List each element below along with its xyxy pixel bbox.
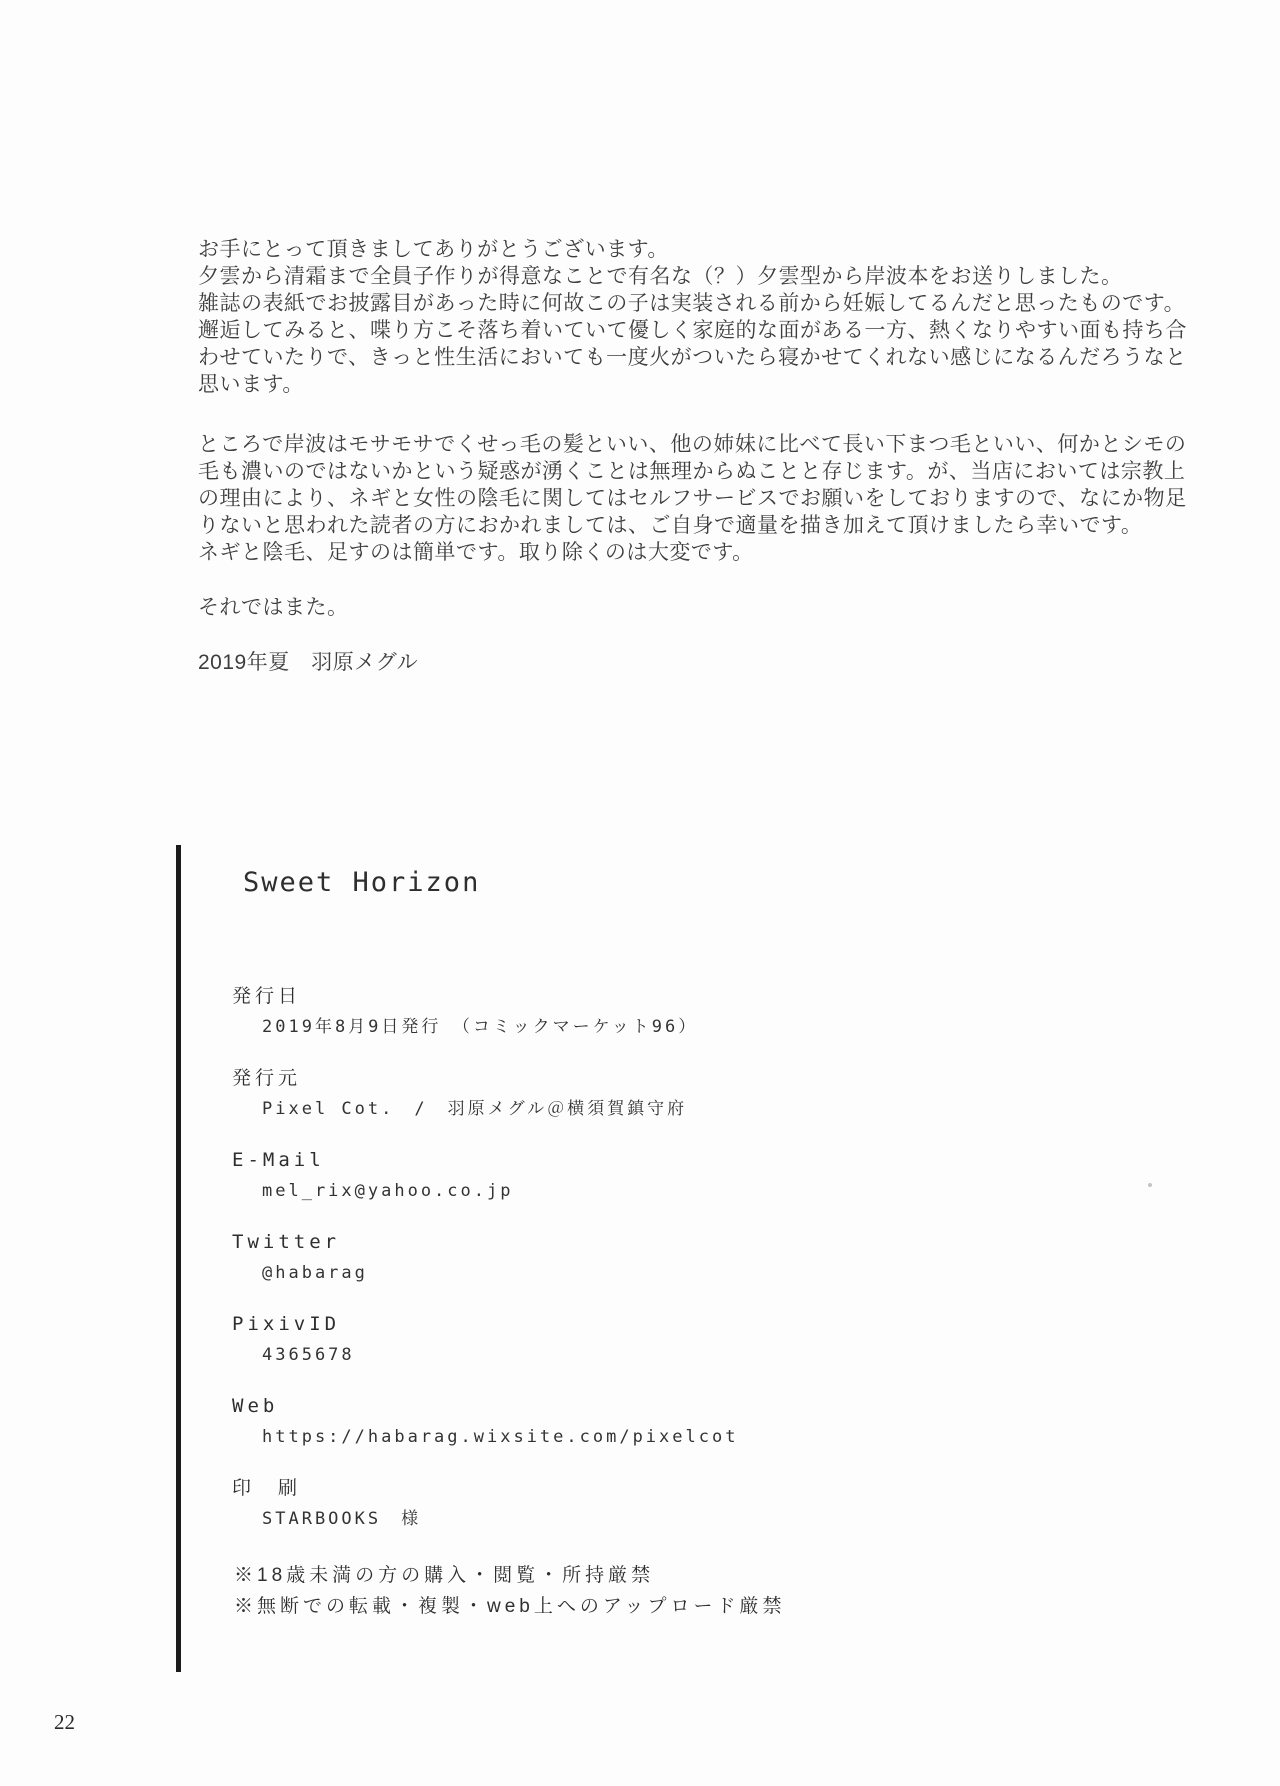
afterword-closing: それではまた。: [198, 594, 1028, 621]
afterword-line: 夕雲から清霜まで全員子作りが得意なことで有名な（？）夕雲型から岸波本をお送りしま…: [198, 263, 1028, 290]
restriction-notes: ※18歳未満の方の購入・閲覧・所持厳禁 ※無断での転載・複製・web上へのアップ…: [234, 1560, 786, 1622]
page-number: 22: [54, 1710, 75, 1735]
afterword-line: わせていたりで、きっと性生活においても一度火がついたら寝かせてくれない感じになる…: [198, 344, 1028, 371]
colophon-section-pixiv: PixivID 4365678: [232, 1311, 738, 1393]
closing-text: それではまた。: [198, 594, 1028, 621]
afterword-line: りないと思われた読者の方におかれましては、ご自身で適量を描き加えて頂けましたら幸…: [198, 512, 1028, 539]
section-value: @habarag: [232, 1261, 738, 1285]
afterword-line: ネギと陰毛、足すのは簡単です。取り除くのは大変です。: [198, 539, 1028, 566]
section-value: STARBOOKS 様: [232, 1507, 738, 1531]
section-value: https://habarag.wixsite.com/pixelcot: [232, 1425, 738, 1449]
afterword-line: 毛も濃いのではないかという疑惑が湧くことは無理からぬことと存じます。が、当店にお…: [198, 458, 1028, 485]
afterword-line: 雑誌の表紙でお披露目があった時に何故この子は実装される前から妊娠してるんだと思っ…: [198, 290, 1028, 317]
section-label: PixivID: [232, 1311, 738, 1337]
afterword-line: お手にとって頂きましてありがとうございます。: [198, 236, 1028, 263]
afterword-line: ところで岸波はモサモサでくせっ毛の髪といい、他の姉妹に比べて長い下まつ毛といい、…: [198, 431, 1028, 458]
section-label: Web: [232, 1393, 738, 1419]
afterword-line: の理由により、ネギと女性の陰毛に関してはセルフサービスでお願いをしておりますので…: [198, 485, 1028, 512]
afterword-paragraph-1: お手にとって頂きましてありがとうございます。 夕雲から清霜まで全員子作りが得意な…: [198, 236, 1028, 398]
colophon-section-web: Web https://habarag.wixsite.com/pixelcot: [232, 1393, 738, 1475]
section-label: 発行元: [232, 1065, 738, 1091]
section-label: 印 刷: [232, 1475, 738, 1501]
book-title: Sweet Horizon: [243, 867, 480, 898]
section-value: mel_rix@yahoo.co.jp: [232, 1179, 738, 1203]
note-age-restriction: ※18歳未満の方の購入・閲覧・所持厳禁: [234, 1560, 786, 1591]
section-label: E-Mail: [232, 1147, 738, 1173]
afterword-paragraph-2: ところで岸波はモサモサでくせっ毛の髪といい、他の姉妹に比べて長い下まつ毛といい、…: [198, 431, 1028, 566]
colophon-vertical-rule: [176, 845, 181, 1672]
colophon-section-publish-date: 発行日 2019年8月9日発行 （コミックマーケット96）: [232, 983, 738, 1065]
section-value: 2019年8月9日発行 （コミックマーケット96）: [232, 1015, 738, 1039]
author-signature: 2019年夏 羽原メグル: [198, 649, 1028, 676]
section-value: 4365678: [232, 1343, 738, 1367]
colophon-section-publisher: 発行元 Pixel Cot. / 羽原メグル＠横須賀鎮守府: [232, 1065, 738, 1147]
colophon-section-printer: 印 刷 STARBOOKS 様: [232, 1475, 738, 1557]
afterword-line: 思います。: [198, 371, 1028, 398]
section-value: Pixel Cot. / 羽原メグル＠横須賀鎮守府: [232, 1097, 738, 1121]
colophon-section-twitter: Twitter @habarag: [232, 1229, 738, 1311]
scanned-afterword-page: お手にとって頂きましてありがとうございます。 夕雲から清霜まで全員子作りが得意な…: [0, 0, 1280, 1786]
note-no-reupload: ※無断での転載・複製・web上へのアップロード厳禁: [234, 1591, 786, 1622]
colophon-section-email: E-Mail mel_rix@yahoo.co.jp: [232, 1147, 738, 1229]
colophon-sections: 発行日 2019年8月9日発行 （コミックマーケット96） 発行元 Pixel …: [232, 983, 738, 1557]
section-label: 発行日: [232, 983, 738, 1009]
scan-artifact-dot: [1148, 1183, 1152, 1187]
section-label: Twitter: [232, 1229, 738, 1255]
signature-text: 2019年夏 羽原メグル: [198, 649, 1028, 676]
afterword-line: 邂逅してみると、喋り方こそ落ち着いていて優しく家庭的な面がある一方、熱くなりやす…: [198, 317, 1028, 344]
